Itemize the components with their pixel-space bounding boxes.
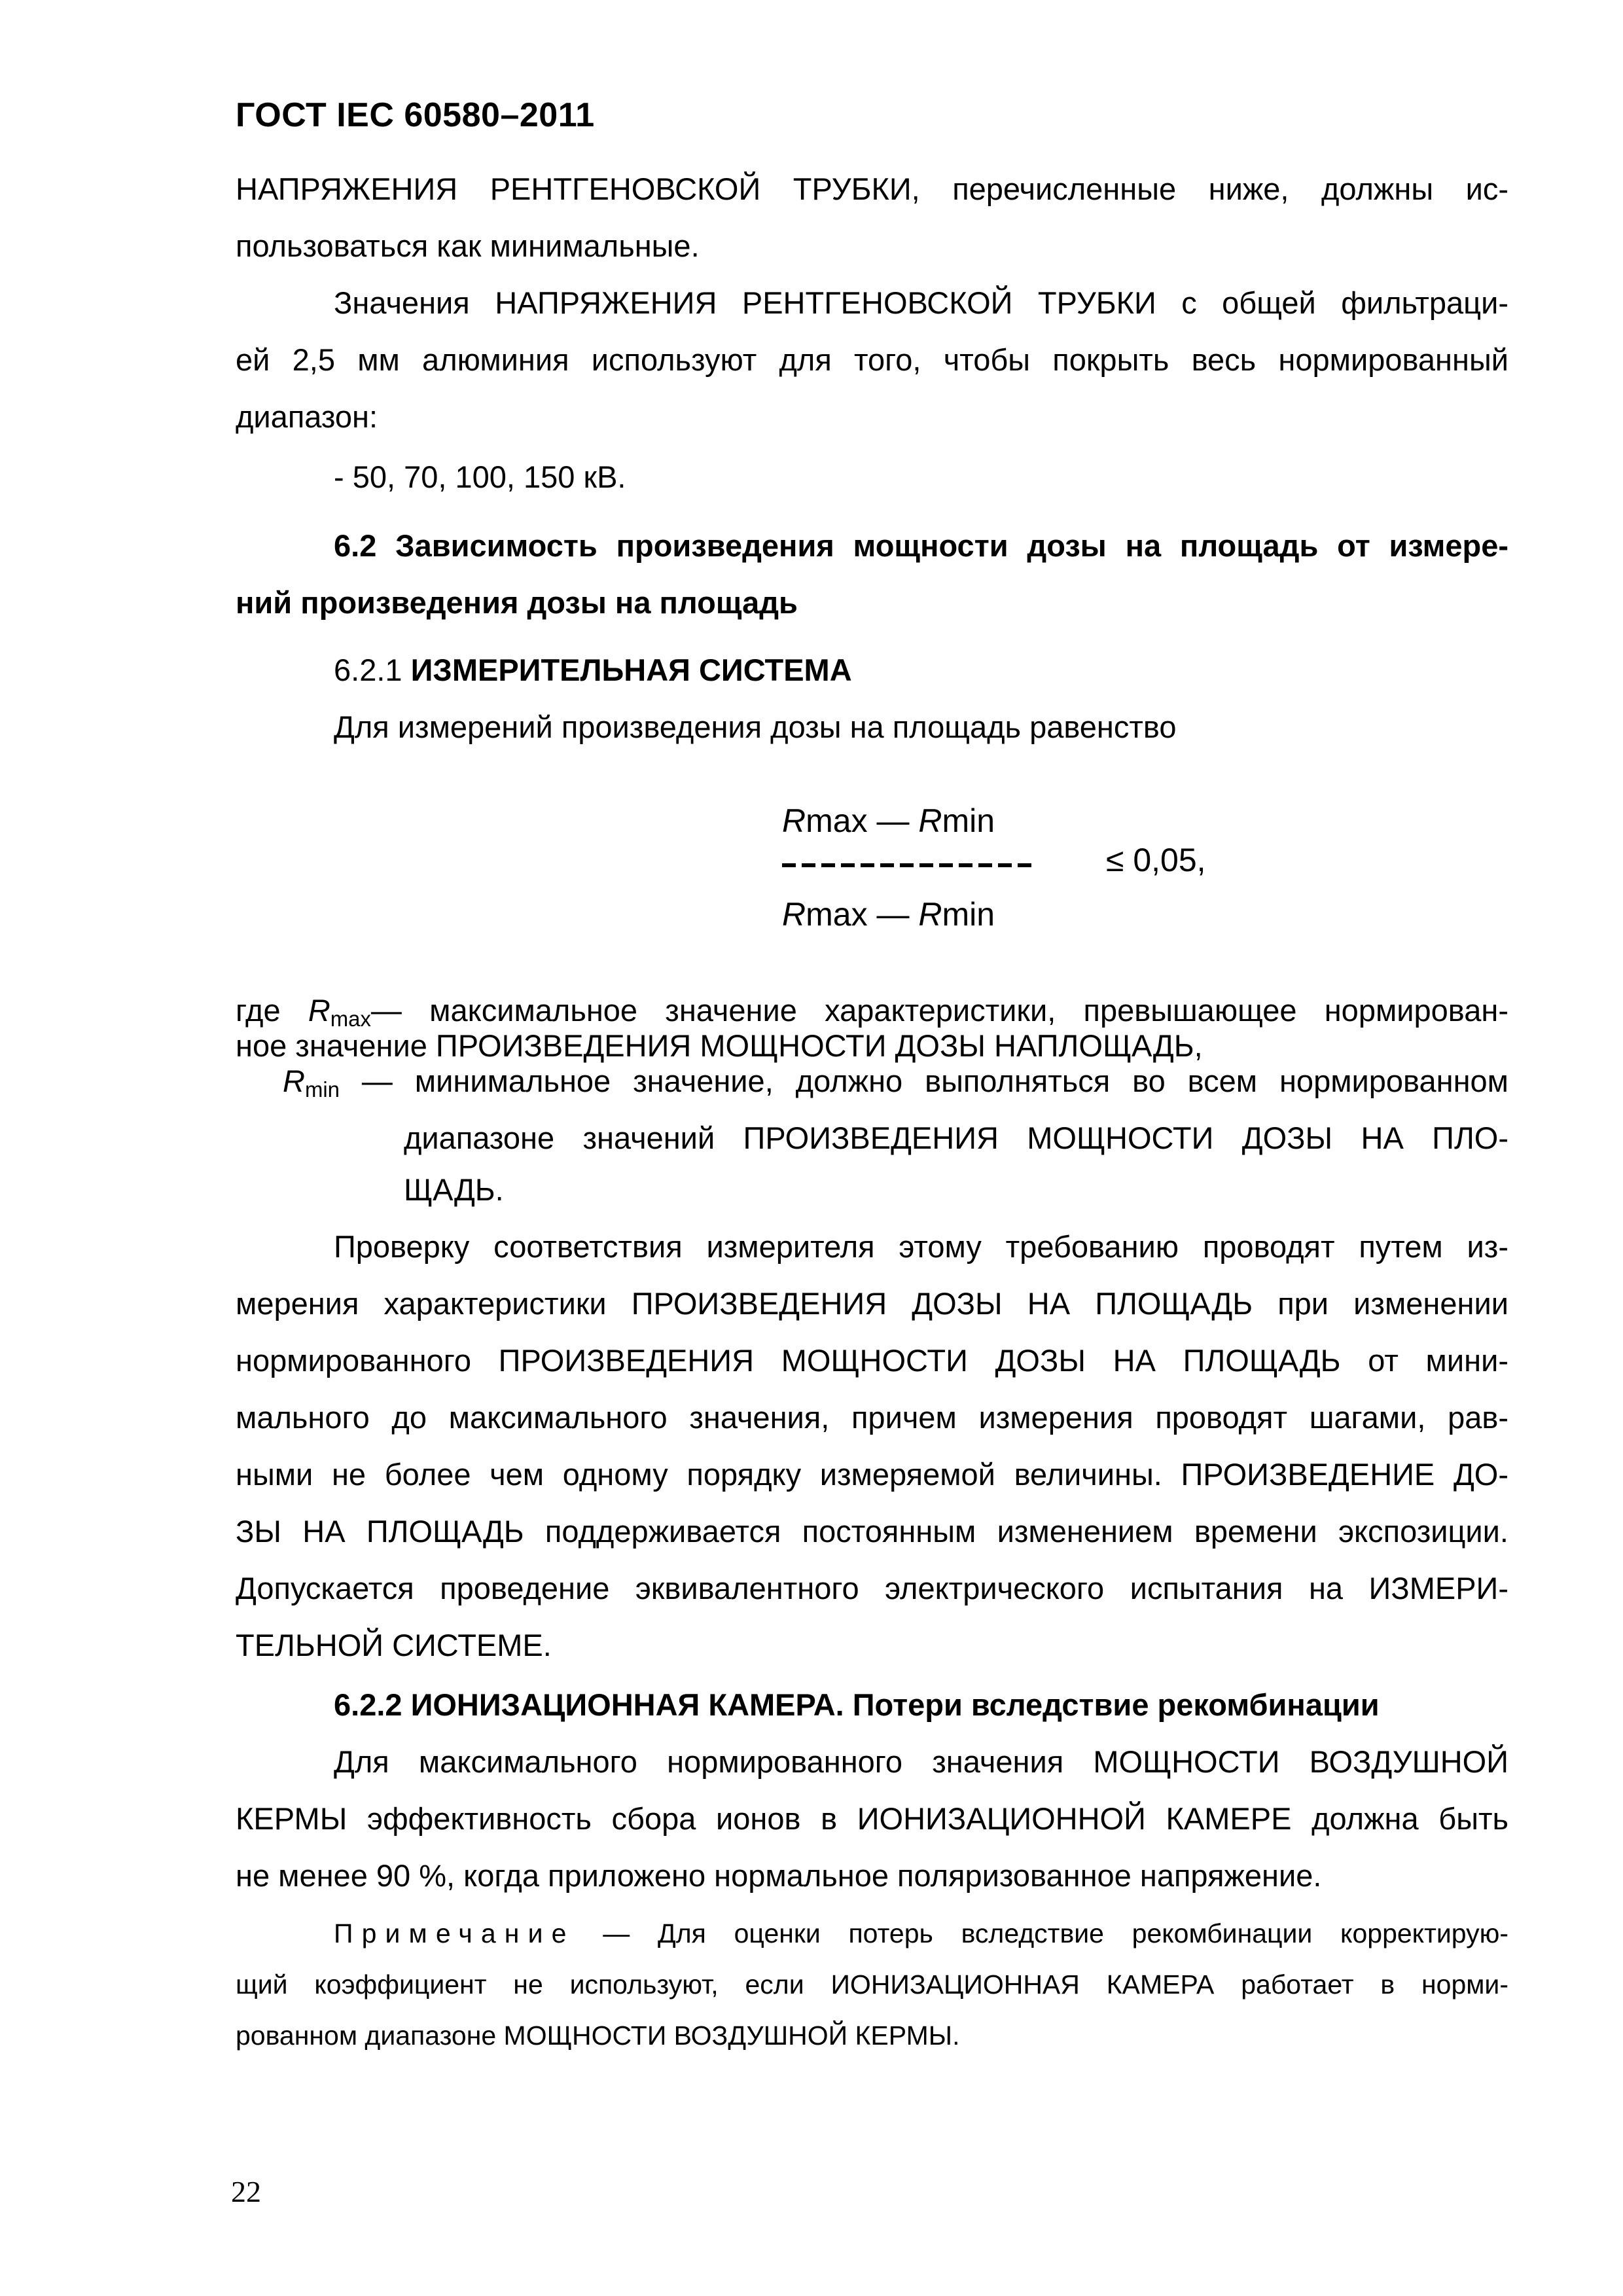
document-header: ГОСТ IEC 60580–2011	[236, 96, 595, 135]
text-line: ей 2,5 мм алюминия используют для того, …	[236, 342, 1508, 399]
text-line: Для максимального нормированного значени…	[236, 1744, 1508, 1801]
text-part: max	[330, 1007, 371, 1031]
text-line: мального до максимального значения, прич…	[236, 1400, 1508, 1457]
text-line: Примечание — Для оценки потерь вследстви…	[236, 1918, 1508, 1969]
text-part: ИЗМЕРИТЕЛЬНАЯ СИСТЕМА	[411, 653, 852, 687]
text-line: щий коэффициент не используют, если ИОНИ…	[236, 1969, 1508, 2020]
text-line: ний произведения дозы на площадь	[236, 585, 1508, 642]
r-symbol: R	[782, 896, 806, 933]
page-number: 22	[231, 2174, 261, 2209]
text-line: не менее 90 %, когда приложено нормально…	[236, 1858, 1508, 1915]
text-line: пользоваться как минимальные.	[236, 228, 1508, 285]
max-label: max	[806, 896, 867, 933]
fraction-dashed-line	[782, 863, 1033, 867]
text-line: 6.2.1 ИЗМЕРИТЕЛЬНАЯ СИСТЕМА	[236, 653, 1508, 709]
text-line: Rmin — минимальное значение, должно выпо…	[236, 1064, 1508, 1099]
text-line: ЩАДЬ.	[236, 1172, 1508, 1229]
r-symbol: R	[918, 896, 942, 933]
document-page: ГОСТ IEC 60580–2011 НАПРЯЖЕНИЯ РЕНТГЕНОВ…	[0, 0, 1623, 2296]
min-label: min	[942, 896, 995, 933]
text-line: диапазоне значений ПРОИЗВЕДЕНИЯ МОЩНОСТИ…	[236, 1121, 1508, 1172]
text-line: 6.2 Зависимость произведения мощности до…	[236, 528, 1508, 585]
text-part: R	[308, 993, 330, 1028]
text-line: ными не более чем одному порядку измеряе…	[236, 1457, 1508, 1514]
minus-dash: —	[876, 896, 909, 933]
formula-constraint: ≤ 0,05,	[1106, 844, 1206, 876]
r-symbol: R	[782, 802, 806, 839]
text-line: Допускается проведение эквивалентного эл…	[236, 1571, 1508, 1628]
text-line: Для измерений произведения дозы на площа…	[236, 709, 1508, 766]
document-body: НАПРЯЖЕНИЯ РЕНТГЕНОВСКОЙ ТРУБКИ, перечис…	[236, 171, 1508, 2071]
text-line: Проверку соответствия измерителя этому т…	[236, 1229, 1508, 1286]
text-part: — максимальное значение характеристики, …	[371, 993, 1508, 1028]
text-line: ТЕЛЬНОЙ СИСТЕМЕ.	[236, 1628, 1508, 1685]
text-part: R	[283, 1064, 305, 1098]
text-line: 6.2.2 ИОНИЗАЦИОННАЯ КАМЕРА. Потери вслед…	[236, 1687, 1508, 1744]
text-line: ЗЫ НА ПЛОЩАДЬ поддерживается постоянным …	[236, 1514, 1508, 1571]
text-line: Значения НАПРЯЖЕНИЯ РЕНТГЕНОВСКОЙ ТРУБКИ…	[236, 285, 1508, 342]
text-part: Примечание	[334, 1918, 575, 1948]
text-line: где Rmax— максимальное значение характер…	[236, 993, 1508, 1028]
text-line: мерения характеристики ПРОИЗВЕДЕНИЯ ДОЗЫ…	[236, 1286, 1508, 1343]
min-label: min	[942, 802, 995, 839]
text-line: КЕРМЫ эффективность сбора ионов в ИОНИЗА…	[236, 1801, 1508, 1858]
minus-dash: —	[876, 802, 909, 839]
formula-numerator: Rmax — Rmin	[782, 804, 995, 837]
text-line: нормированного ПРОИЗВЕДЕНИЯ МОЩНОСТИ ДОЗ…	[236, 1343, 1508, 1400]
text-part: min	[305, 1077, 340, 1102]
text-line: рованном диапазоне МОЩНОСТИ ВОЗДУШНОЙ КЕ…	[236, 2020, 1508, 2071]
text-line: НАПРЯЖЕНИЯ РЕНТГЕНОВСКОЙ ТРУБКИ, перечис…	[236, 171, 1508, 228]
r-symbol: R	[918, 802, 942, 839]
text-part: — Для оценки потерь вследствие рекомбина…	[575, 1918, 1508, 1948]
max-label: max	[806, 802, 867, 839]
text-line: ное значение ПРОИЗВЕДЕНИЯ МОЩНОСТИ ДОЗЫ …	[236, 1028, 1508, 1064]
text-line: диапазон:	[236, 399, 1508, 456]
text-part: — минимальное значение, должно выполнять…	[340, 1064, 1508, 1098]
formula-denominator: Rmax — Rmin	[782, 898, 995, 931]
text-part: 6.2.1	[334, 653, 411, 687]
text-line: - 50, 70, 100, 150 кВ.	[236, 459, 1508, 516]
text-part: где	[236, 993, 308, 1028]
formula-block: Rmax — Rmin Rmax — Rmin ≤ 0,05,	[236, 766, 1508, 993]
